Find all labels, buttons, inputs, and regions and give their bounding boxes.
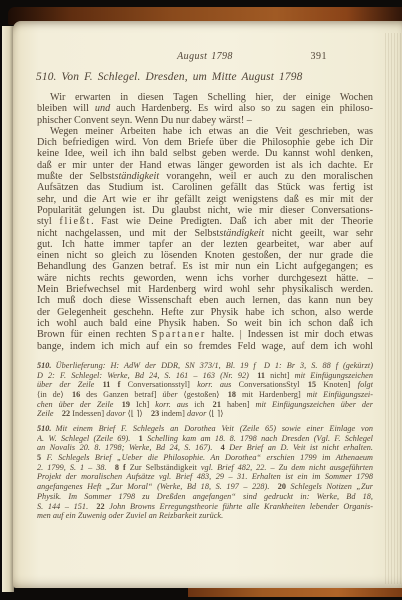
letter-text-line: gut. Ich hatte immer tapfer an der lezte… <box>37 239 373 250</box>
letter-text-line: phischer Convent seyn. Wenn Du nur dabey… <box>37 115 373 126</box>
letter-text-line: wäre nichts rechts geworden, wenn ichs v… <box>37 273 373 284</box>
commentary-line: angefangenes Heft „Zur Moral“ (Werke, Bd… <box>37 482 373 492</box>
letter-text-line: bleiben will und auch Hardenberg. Es wir… <box>37 103 373 114</box>
commentary-line: 2. 1799, S. 1 – 38. 8 f Zur Selbständigk… <box>37 463 373 473</box>
apparatus-line: über der Zeile 11 f Conversationsstyl] k… <box>37 380 373 390</box>
commentary-line: S. 144 – 151. 22 John Browns Erregungsth… <box>37 502 373 512</box>
commentary-line: men auf ein Zuwenig oder Zuviel an Reizb… <box>37 511 373 521</box>
letter-text-line: Dich befriedigen wird. Von dem Briefe üb… <box>37 137 373 148</box>
letter-text-line: Aufsätzen das Studium ist. Carolinen gef… <box>37 182 373 193</box>
letter-text-line: Ich muß doch diese Wissenschaft eben auc… <box>37 295 373 306</box>
letter-text-line: bange, indem ich mich auf ein so fremdes… <box>37 341 373 352</box>
commentary-line: A. W. Schlegel (Zeile 69). 1 Schelling k… <box>37 434 373 444</box>
commentary: 510. Mit einem Brief F. Schlegels an Dor… <box>37 424 373 521</box>
letter-text-line: Wegen meiner Arbeiten habe ich etwas an … <box>37 126 373 137</box>
commentary-line: an Novalis 20. 8. 1798; Werke, Bd 24, S.… <box>37 443 373 453</box>
letter-text-line: Behandlung des Ganzen betraf. Es ist mir… <box>37 261 373 272</box>
commentary-line: Projekt der moralischen Aufsätze vgl. Br… <box>37 472 373 482</box>
letter-title: 510. Von F. Schlegel. Dresden, um Mitte … <box>36 71 402 83</box>
book-photo: August 1798 391 510. Von F. Schlegel. Dr… <box>0 0 402 600</box>
letter-text-line: Brown für einen rechten Spartaner halte.… <box>37 329 373 340</box>
book-page: August 1798 391 510. Von F. Schlegel. Dr… <box>13 21 402 588</box>
apparatus-line: D 2: F. Schlegel: Werke, Bd 24, S. 161 –… <box>37 371 373 381</box>
letter-text-line: Popularität gelungen ist. Du glaubst nic… <box>37 205 373 216</box>
letter-body: Wir erwarten in diesen Tagen Schelling h… <box>37 92 373 352</box>
page-number: 391 <box>311 51 328 62</box>
letter-text-line: der Gelegenheit geschehn. Hefte zur Phys… <box>37 307 373 318</box>
apparatus-line: chen über der Zeile 19 Ich] korr. aus ic… <box>37 400 373 410</box>
commentary-line: 510. Mit einem Brief F. Schlegels an Dor… <box>37 424 373 434</box>
letter-text-line: styl fließt. Fast wie Deine Predigten. D… <box>37 216 373 227</box>
letter-text-line: daß er mir unter der Hand etwas länger g… <box>37 160 373 171</box>
letter-text-line: einen nicht so gleich zu lösenden Knoten… <box>37 250 373 261</box>
apparatus-line: ⟨in de⟩ 16 des Ganzen betraf] über ⟨gest… <box>37 390 373 400</box>
apparatus-line: Zeile 22 Indessen] davor ⟨⌊ ⌉⟩ 23 indem]… <box>37 409 373 419</box>
letter-text-line: ich wohl auch bald eine Physik haben. So… <box>37 318 373 329</box>
commentary-line: Physik. Im Sommer 1798 zu Dreßden angefa… <box>37 492 373 502</box>
letter-text-line: mußte der Selbstständigkeit vorangehn, w… <box>37 171 373 182</box>
apparatus-line: 510. Überlieferung: H: AdW der DDR, SN 3… <box>37 361 373 371</box>
page-content: August 1798 391 510. Von F. Schlegel. Dr… <box>37 21 373 588</box>
letter-text-line: Mein Briefwechsel mit Hardenberg wird wo… <box>37 284 373 295</box>
critical-apparatus: 510. Überlieferung: H: AdW der DDR, SN 3… <box>37 361 373 419</box>
letter-text-line: keine Idee, weil ich ihn bald selbst geb… <box>37 148 373 159</box>
letter-text-line: Wir erwarten in diesen Tagen Schelling h… <box>37 92 373 103</box>
commentary-line: 5 F. Schlegels Brief „Ueber die Philosop… <box>37 453 373 463</box>
letter-text-line: nicht nachgelassen, und mit der Selbstst… <box>37 228 373 239</box>
letter-text-line: sehr, und die Art wie er ihr gefällt zei… <box>37 194 373 205</box>
